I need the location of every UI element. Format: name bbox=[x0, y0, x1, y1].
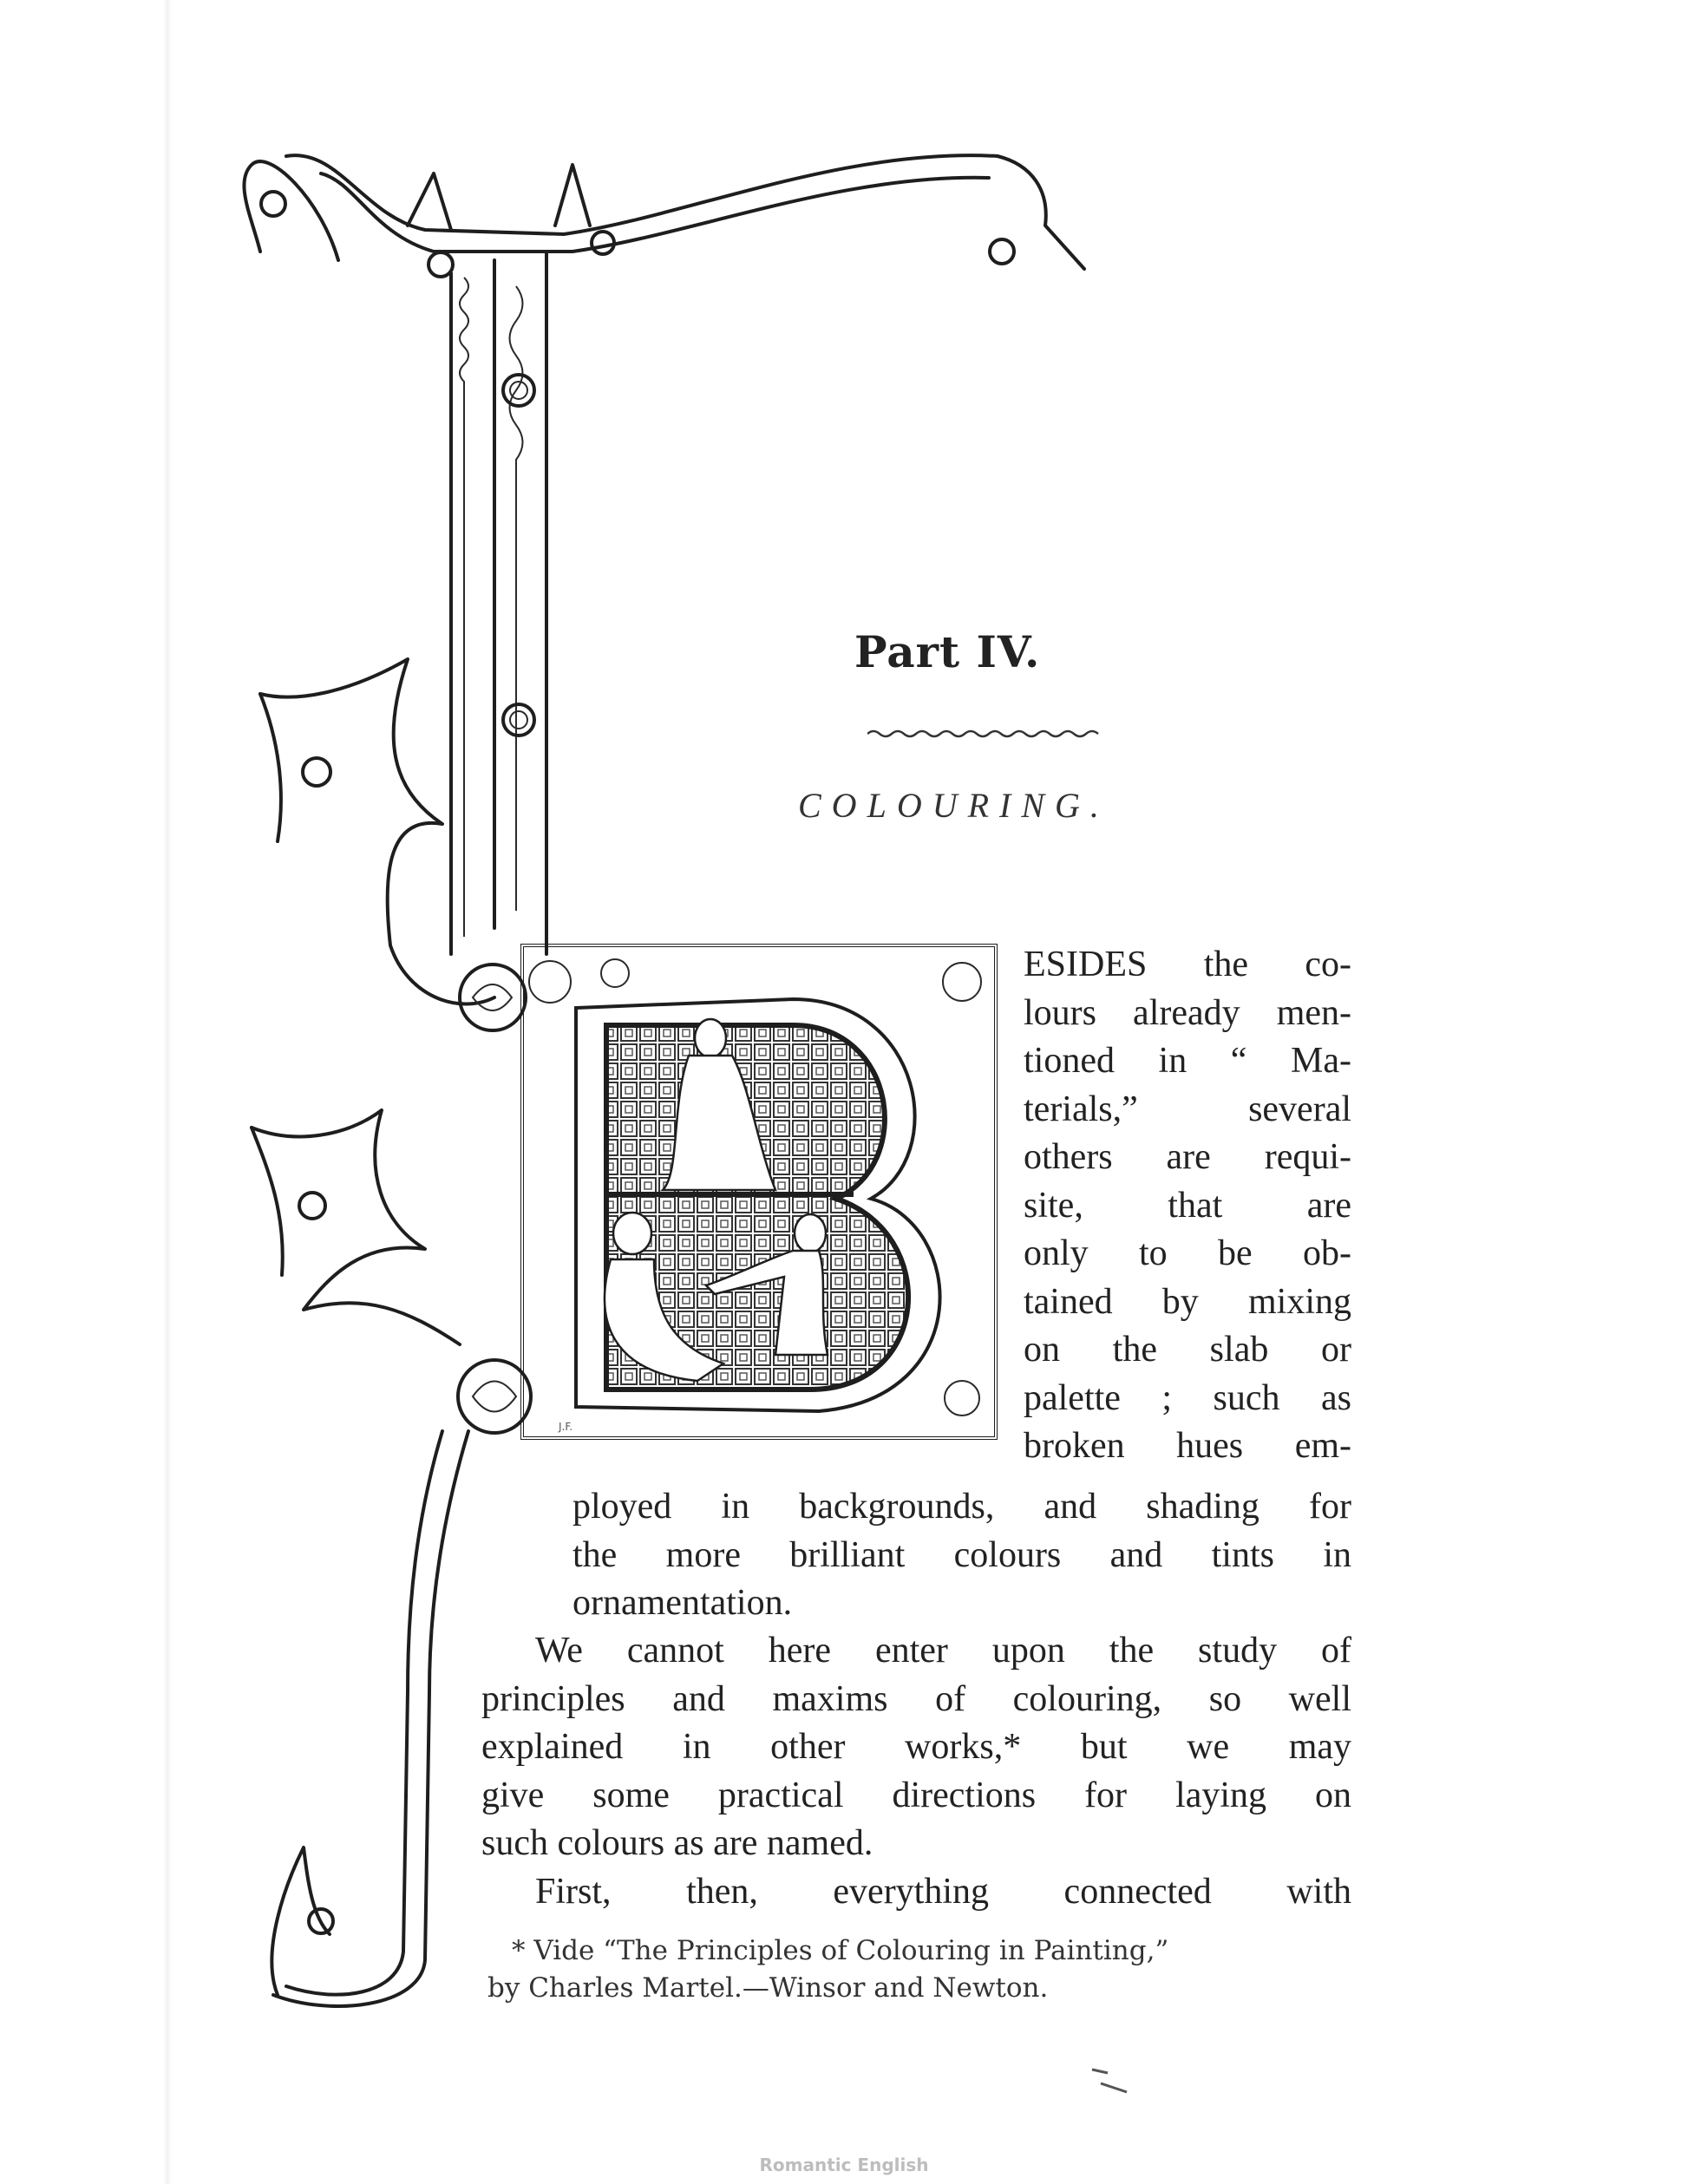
text-line: on the slab or bbox=[1024, 1326, 1351, 1375]
text-line: explained in other works,* but we may bbox=[481, 1723, 1351, 1772]
page-binding-shadow bbox=[163, 0, 172, 2184]
part-heading: Part IV. bbox=[854, 626, 1040, 677]
text-line: We cannot here enter upon the study of bbox=[481, 1627, 1351, 1676]
footnote: * Vide “The Principles of Colouring in P… bbox=[487, 1932, 1351, 2007]
paragraph-3-line: First, then, everything connected with bbox=[481, 1868, 1351, 1917]
text-line: principles and maxims of colouring, so w… bbox=[481, 1676, 1351, 1724]
text-line: ESIDES the co- bbox=[1024, 941, 1351, 990]
paragraph-1-beside-cap: ESIDES the co- lours already men- tioned… bbox=[1024, 941, 1351, 1471]
text-line: others are requi- bbox=[1024, 1134, 1351, 1182]
footnote-line: by Charles Martel.—Winsor and Newton. bbox=[487, 1970, 1351, 2007]
text-line: ployed in backgrounds, and shading for bbox=[572, 1483, 1351, 1532]
text-line: tained by mixing bbox=[1024, 1278, 1351, 1327]
wavy-rule-divider bbox=[867, 727, 1100, 741]
text-line: lours already men- bbox=[1024, 990, 1351, 1038]
text-line: site, that are bbox=[1024, 1182, 1351, 1231]
watermark: Romantic English bbox=[0, 2155, 1688, 2175]
text-line: ornamentation. bbox=[572, 1579, 1351, 1628]
paragraph-2: We cannot here enter upon the study of p… bbox=[481, 1627, 1351, 1916]
text-line: broken hues em- bbox=[1024, 1422, 1351, 1471]
text-line: give some practical directions for layin… bbox=[481, 1772, 1351, 1821]
chapter-title: COLOURING. bbox=[798, 785, 1109, 826]
text-line: only to be ob- bbox=[1024, 1230, 1351, 1278]
text-line: tioned in “ Ma- bbox=[1024, 1037, 1351, 1086]
engraver-signature: J.F. bbox=[559, 1421, 572, 1433]
text-line: such colours as are named. bbox=[481, 1820, 1351, 1868]
illuminated-initial-b-icon bbox=[524, 947, 994, 1436]
text-line: palette ; such as bbox=[1024, 1375, 1351, 1423]
paragraph-1-below-cap: ployed in backgrounds, and shading for t… bbox=[572, 1483, 1351, 1628]
print-mark-icon bbox=[1089, 2064, 1158, 2099]
text-line: terials,” several bbox=[1024, 1086, 1351, 1135]
text-line: the more brilliant colours and tints in bbox=[572, 1532, 1351, 1580]
drop-cap-frame: J.F. bbox=[520, 944, 998, 1440]
footnote-line: * Vide “The Principles of Colouring in P… bbox=[487, 1932, 1351, 1970]
